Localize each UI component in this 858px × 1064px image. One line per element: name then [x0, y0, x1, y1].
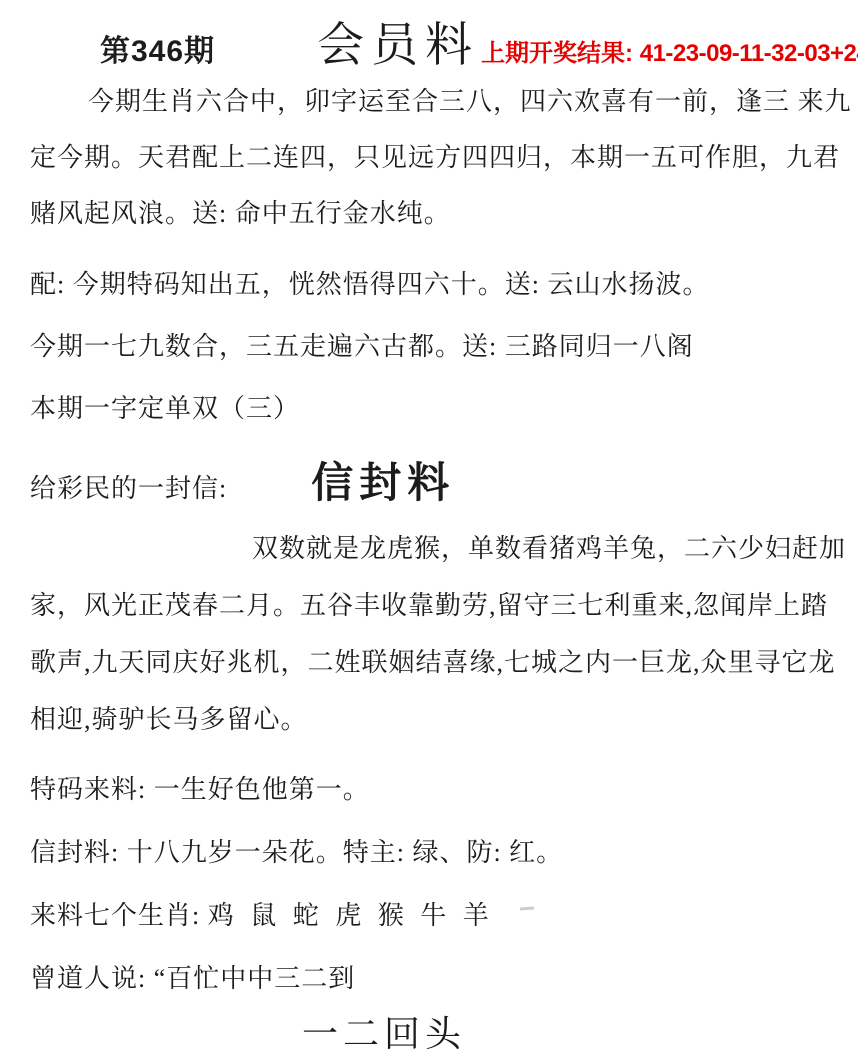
scan-smudge-artifact: [520, 907, 534, 911]
zodiac-label: 来料七个生肖:: [30, 901, 208, 930]
special-code-tip: 特码来料: 一生好色他第一。: [30, 773, 850, 807]
header: 第346期 会员料 上期开奖结果: 41-23-09-11-32-03+24: [0, 0, 858, 74]
forecast-line-5: 今期一七九数合，三五走遍六古都。送: 三路同归一八阁: [30, 330, 850, 364]
last-draw-label: 上期开奖结果:: [481, 40, 640, 67]
letter-line-3: 歌声,九天同庆好兆机，二姓联姻结喜缘,七城之内一巨龙,众里寻它龙: [30, 646, 850, 680]
last-draw-numbers: 41-23-09-11-32-03+24: [640, 40, 858, 67]
issue-number: 第346期: [100, 26, 215, 70]
forecast-line-4: 配: 今期特码知出五，恍然悟得四六十。送: 云山水扬波。: [30, 268, 850, 302]
forecast-line-3: 赌风起风浪。送: 命中五行金水纯。: [30, 197, 850, 231]
letter-intro-label: 给彩民的一封信:: [30, 468, 227, 505]
page-title: 会员料: [317, 18, 479, 74]
footer-slogan-row: 一二回头: [30, 1012, 850, 1056]
content: 今期生肖六合中，卯字运至合三八，四六欢喜有一前，逢三 来九 定今期。天君配上二连…: [0, 85, 858, 1056]
zodiac-tip: 来料七个生肖: 鸡 鼠 蛇 虎 猴 牛 羊: [30, 899, 850, 933]
zodiac-list: 鸡 鼠 蛇 虎 猴 牛 羊: [208, 901, 494, 930]
envelope-tip: 信封料: 十八九岁一朵花。特主: 绿、防: 红。: [30, 836, 850, 870]
forecast-line-6: 本期一字定单双（三）: [30, 392, 850, 426]
tip-sheet-page: 第346期 会员料 上期开奖结果: 41-23-09-11-32-03+24 今…: [0, 0, 858, 1064]
forecast-line-2: 定今期。天君配上二连四，只见远方四四归，本期一五可作胆，九君: [30, 141, 850, 175]
forecast-line-1: 今期生肖六合中，卯字运至合三八，四六欢喜有一前，逢三 来九: [30, 85, 850, 119]
footer-slogan: 一二回头: [302, 1014, 466, 1054]
letter-line-2: 家，风光正茂春二月。五谷丰收靠勤劳,留守三七利重来,忽闻岸上踏: [30, 589, 850, 623]
letter-intro-row: 给彩民的一封信: 信封料: [30, 450, 850, 506]
last-draw-result: 上期开奖结果: 41-23-09-11-32-03+24: [481, 33, 858, 68]
envelope-section-title: 信封料: [311, 450, 455, 510]
letter-line-1: 双数就是龙虎猴，单数看猪鸡羊兔，二六少妇赶加: [30, 532, 850, 566]
letter-line-4: 相迎,骑驴长马多留心。: [30, 703, 850, 737]
master-quote: 曾道人说: “百忙中中三二到: [30, 962, 850, 996]
